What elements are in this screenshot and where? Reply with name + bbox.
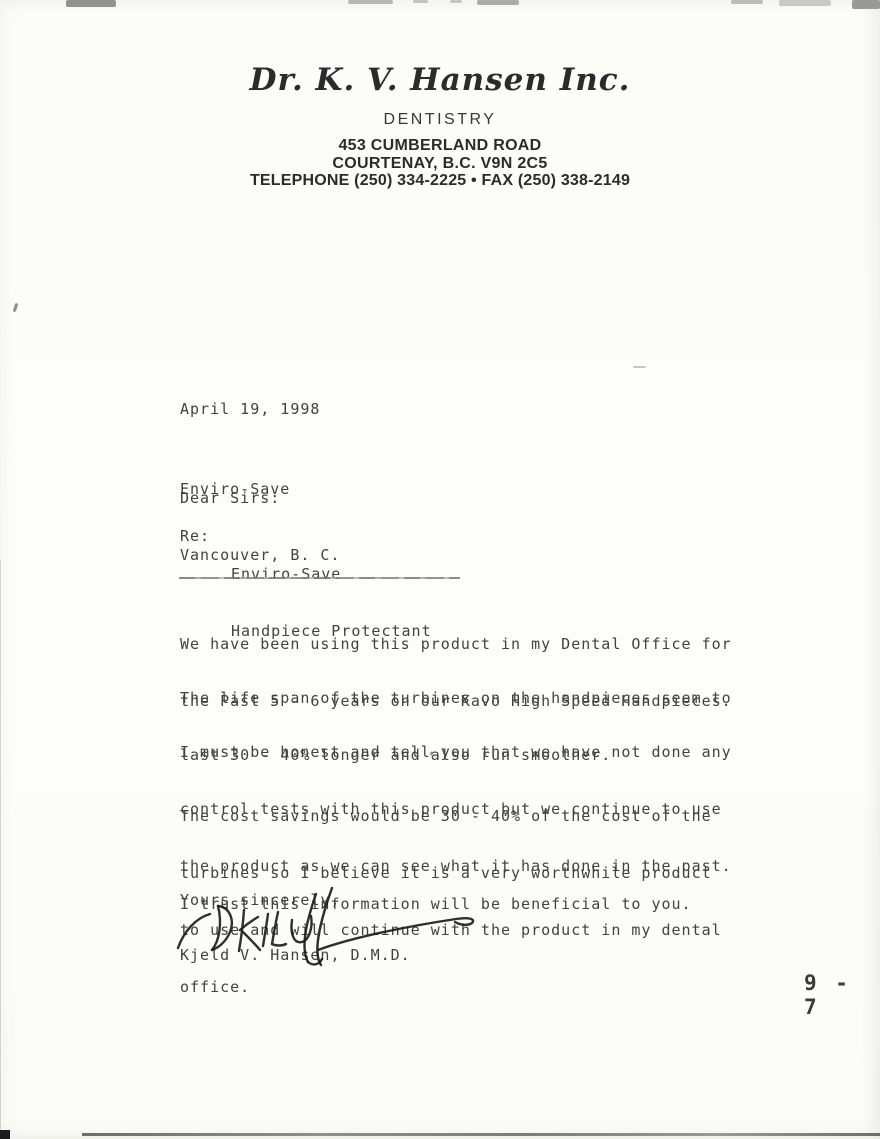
signatory-name: Kjeld V. Hansen, D.M.D. (180, 946, 411, 965)
scan-artifact-top (477, 0, 519, 5)
letterhead-address-line-2: COURTENAY, B.C. V9N 2C5 (0, 155, 880, 173)
scan-artifact-top (450, 0, 462, 3)
scan-artifact-top (348, 0, 393, 4)
stray-mark-artifact: * (429, 751, 434, 761)
scan-artifact-mid (633, 366, 646, 368)
subject-prefix: Re: (180, 527, 210, 546)
letterhead-address-line-1: 453 CUMBERLAND ROAD (0, 137, 880, 155)
body-line: I must be honest and tell you that we ha… (180, 743, 732, 762)
subject-underline (179, 577, 460, 579)
scan-artifact-top (413, 0, 428, 3)
letterhead-contact-line: TELEPHONE (250) 334-2225 • FAX (250) 338… (0, 172, 880, 190)
body-line: office. (180, 978, 722, 997)
salutation: Dear Sirs: (180, 489, 280, 508)
closing: Yours sincerely, (180, 891, 341, 910)
letterhead-tagline: DENTISTRY (0, 111, 880, 129)
scan-artifact-bottom-bar (82, 1133, 880, 1136)
scan-artifact-top (779, 0, 831, 6)
subject-line-1: Enviro-Save (231, 565, 432, 584)
scan-artifact-top (66, 0, 116, 7)
letter-date: April 19, 1998 (180, 400, 320, 419)
letterhead-company-name: Dr. K. V. Hansen Inc. (0, 62, 880, 98)
scan-artifact-bottom-corner (0, 1130, 10, 1139)
scan-artifact-top-corner (852, 0, 880, 9)
scan-artifact-top (731, 0, 763, 4)
scanned-letter-page: Dr. K. V. Hansen Inc. DENTISTRY 453 CUMB… (0, 0, 880, 1139)
scan-edge-line (0, 560, 1, 1139)
page-index-label: 9 - 7 (804, 971, 880, 1019)
scan-artifact-left-edge (13, 303, 19, 312)
body-line: The cost savings would be 30 - 40% of th… (180, 807, 722, 826)
